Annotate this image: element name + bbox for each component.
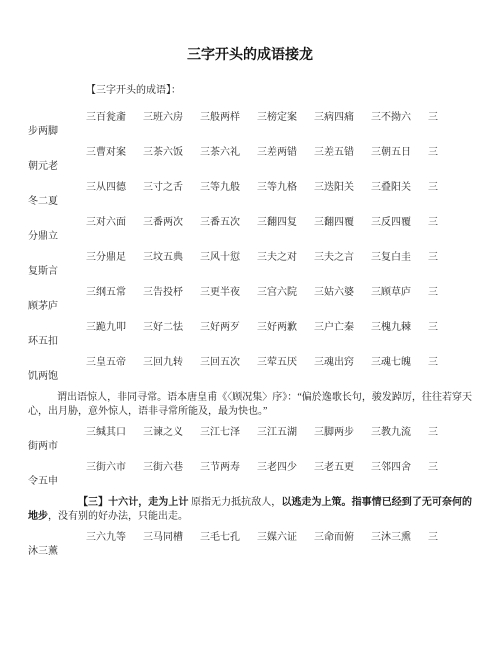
idiom: 三顾草庐 [371,287,411,298]
idiom-row-line: 三皇五帝三回九转三回五次三荤五厌三魂出窍三魂七魄三 [28,356,472,370]
idiom: 三 [428,182,438,193]
content-blocks: 三百瓮齑三班六房三般两样三榜定案三病四痛三不拗六三步两脚三曹对案三茶六饭三茶六礼… [28,111,472,559]
idiom: 三好二怯 [143,322,183,333]
idiom: 三街六巷 [143,462,183,473]
idiom-row: 三百瓮齑三班六房三般两样三榜定案三病四痛三不拗六三步两脚 [28,111,472,139]
idiom: 三 [428,427,438,438]
idiom: 三 [428,322,438,333]
idiom-row: 三六九等三马同槽三毛七孔三媒六证三命而俯三沐三熏三沐三薰 [28,531,472,559]
idiom: 三 [428,147,438,158]
idiom: 三回九转 [143,357,183,368]
idiom-wrapped-tail: 分鼎立 [28,231,58,242]
idiom: 三江五湖 [257,427,297,438]
idiom: 三翻四复 [257,217,297,228]
idiom: 三寸之舌 [143,182,183,193]
idiom: 三姑六婆 [314,287,354,298]
idiom-row: 三街六市三街六巷三节两寿三老四少三老五更三邻四舍三令五申 [28,461,472,489]
idiom: 三毛七孔 [200,532,240,543]
idiom-row-wrap-line: 冬二夏 [28,195,472,209]
idiom: 三缄其口 [86,427,126,438]
idiom: 三等九般 [200,182,240,193]
body-text: 原指无力抵抗敌人， [188,497,281,508]
idiom: 三谏之义 [143,427,183,438]
idiom: 三 [428,462,438,473]
idiom-row-wrap-line: 沐三薰 [28,545,472,559]
idiom: 三班六房 [143,112,183,123]
idiom: 三告投杼 [143,287,183,298]
idiom: 三街六市 [86,462,126,473]
idiom: 三槐九棘 [371,322,411,333]
idiom-row-wrap-line: 分鼎立 [28,230,472,244]
idiom-row-line: 三分鼎足三坟五典三风十愆三夫之对三夫之言三复白圭三 [28,251,472,265]
idiom-row-line: 三从四德三寸之舌三等九般三等九格三迭阳关三叠阳关三 [28,181,472,195]
idiom-row-line: 三百瓮齑三班六房三般两样三榜定案三病四痛三不拗六三 [28,111,472,125]
idiom: 三六九等 [86,532,126,543]
idiom: 三节两寿 [200,462,240,473]
idiom: 三夫之言 [314,252,354,263]
bold-text: 【三】十六计，走为上计 [78,497,188,508]
idiom: 三好两歉 [257,322,297,333]
idiom-row-wrap-line: 朝元老 [28,160,472,174]
idiom: 三曹对案 [86,147,126,158]
idiom-row-line: 三跪九叩三好二怯三好两歹三好两歉三户亡秦三槐九棘三 [28,321,472,335]
idiom-wrapped-tail: 朝元老 [28,161,58,172]
idiom-row: 三对六面三番两次三番五次三翻四复三翻四覆三反四覆三分鼎立 [28,216,472,244]
idiom-wrapped-tail: 冬二夏 [28,196,58,207]
idiom-row-line: 三纲五常三告投杼三更半夜三宫六院三姑六婆三顾草庐三 [28,286,472,300]
idiom: 三 [428,357,438,368]
idiom: 三老五更 [314,462,354,473]
idiom: 三病四痛 [314,112,354,123]
idiom: 三般两样 [200,112,240,123]
idiom: 三番五次 [200,217,240,228]
idiom: 三差五错 [314,147,354,158]
idiom: 三江七泽 [200,427,240,438]
idiom: 三皇五帝 [86,357,126,368]
idiom: 三命而俯 [314,532,354,543]
definition-paragraph: 【三】十六计，走为上计 原指无力抵抗敌人，以逃走为上策。指事情已经到了无可奈何的… [28,496,472,524]
body-text: ，没有别的好办法，只能出走。 [48,511,188,522]
idiom: 三风十愆 [200,252,240,263]
idiom-wrapped-tail: 街两市 [28,441,58,452]
idiom: 三沐三熏 [371,532,411,543]
idiom: 三从四德 [86,182,126,193]
idiom: 三荤五厌 [257,357,297,368]
idiom: 三不拗六 [371,112,411,123]
idiom: 三反四覆 [371,217,411,228]
idiom-wrapped-tail: 令五申 [28,476,58,487]
idiom: 三魂出窍 [314,357,354,368]
idiom-wrapped-tail: 饥两饱 [28,371,58,382]
idiom: 三朝五日 [371,147,411,158]
idiom: 三老四少 [257,462,297,473]
idiom-row: 三分鼎足三坟五典三风十愆三夫之对三夫之言三复白圭三复斯言 [28,251,472,279]
idiom: 三翻四覆 [314,217,354,228]
idiom: 三纲五常 [86,287,126,298]
idiom: 三 [428,217,438,228]
idiom: 三对六面 [86,217,126,228]
idiom: 三等九格 [257,182,297,193]
idiom: 三户亡秦 [314,322,354,333]
idiom: 三宫六院 [257,287,297,298]
idiom-row: 三皇五帝三回九转三回五次三荤五厌三魂出窍三魂七魄三饥两饱 [28,356,472,384]
idiom: 三回五次 [200,357,240,368]
definition-paragraph: 谓出语惊人，非同寻常。语本唐皇甫《〈顾况集〉序》：“偏於逸歌长句，骏发踔厉，往往… [28,391,472,419]
idiom: 三邻四舍 [371,462,411,473]
idiom-wrapped-tail: 环五扣 [28,336,58,347]
idiom: 三复白圭 [371,252,411,263]
idiom-row-line: 三六九等三马同槽三毛七孔三媒六证三命而俯三沐三熏三 [28,531,472,545]
idiom: 三茶六礼 [200,147,240,158]
idiom-wrapped-tail: 步两脚 [28,126,58,137]
idiom: 三 [428,532,438,543]
page-title: 三字开头的成语接龙 [28,46,472,66]
idiom: 三分鼎足 [86,252,126,263]
idiom-row: 三跪九叩三好二怯三好两歹三好两歉三户亡秦三槐九棘三环五扣 [28,321,472,349]
idiom-row-wrap-line: 饥两饱 [28,370,472,384]
idiom: 三 [428,112,438,123]
idiom-row: 三从四德三寸之舌三等九般三等九格三迭阳关三叠阳关三冬二夏 [28,181,472,209]
idiom: 三 [428,252,438,263]
idiom-row-line: 三缄其口三谏之义三江七泽三江五湖三脚两步三教九流三 [28,426,472,440]
idiom-row-wrap-line: 街两市 [28,440,472,454]
idiom: 三茶六饭 [143,147,183,158]
idiom-wrapped-tail: 沐三薰 [28,546,58,557]
document-body: 三字开头的成语接龙 【三字开头的成语】： 三百瓮齑三班六房三般两样三榜定案三病四… [0,0,500,559]
idiom-row-wrap-line: 环五扣 [28,335,472,349]
idiom: 三百瓮齑 [86,112,126,123]
body-text: 谓出语惊人，非同寻常。语本唐皇甫《〈顾况集〉序》：“偏於逸歌长句，骏发踔厉，往往… [28,392,472,417]
idiom-row-wrap-line: 步两脚 [28,125,472,139]
idiom-row-wrap-line: 顾茅庐 [28,300,472,314]
idiom: 三坟五典 [143,252,183,263]
idiom: 三榜定案 [257,112,297,123]
idiom: 三更半夜 [200,287,240,298]
document-page: 三字开头的成语接龙 【三字开头的成语】： 三百瓮齑三班六房三般两样三榜定案三病四… [0,0,500,647]
idiom-row: 三曹对案三茶六饭三茶六礼三差两错三差五错三朝五日三朝元老 [28,146,472,174]
idiom-row-line: 三街六市三街六巷三节两寿三老四少三老五更三邻四舍三 [28,461,472,475]
idiom: 三好两歹 [200,322,240,333]
idiom-row-wrap-line: 令五申 [28,475,472,489]
idiom: 三魂七魄 [371,357,411,368]
idiom-row-line: 三对六面三番两次三番五次三翻四复三翻四覆三反四覆三 [28,216,472,230]
idiom-wrapped-tail: 复斯言 [28,266,58,277]
idiom-row: 三纲五常三告投杼三更半夜三宫六院三姑六婆三顾草庐三顾茅庐 [28,286,472,314]
idiom-wrapped-tail: 顾茅庐 [28,301,58,312]
idiom: 三番两次 [143,217,183,228]
idiom: 三跪九叩 [86,322,126,333]
idiom: 三叠阳关 [371,182,411,193]
idiom: 三媒六证 [257,532,297,543]
idiom: 三差两错 [257,147,297,158]
idiom-row: 三缄其口三谏之义三江七泽三江五湖三脚两步三教九流三街两市 [28,426,472,454]
idiom: 三夫之对 [257,252,297,263]
idiom: 三教九流 [371,427,411,438]
idiom: 三 [428,287,438,298]
section-label: 【三字开头的成语】： [28,84,472,98]
idiom-row-wrap-line: 复斯言 [28,265,472,279]
idiom-row-line: 三曹对案三茶六饭三茶六礼三差两错三差五错三朝五日三 [28,146,472,160]
idiom: 三马同槽 [143,532,183,543]
idiom: 三迭阳关 [314,182,354,193]
idiom: 三脚两步 [314,427,354,438]
